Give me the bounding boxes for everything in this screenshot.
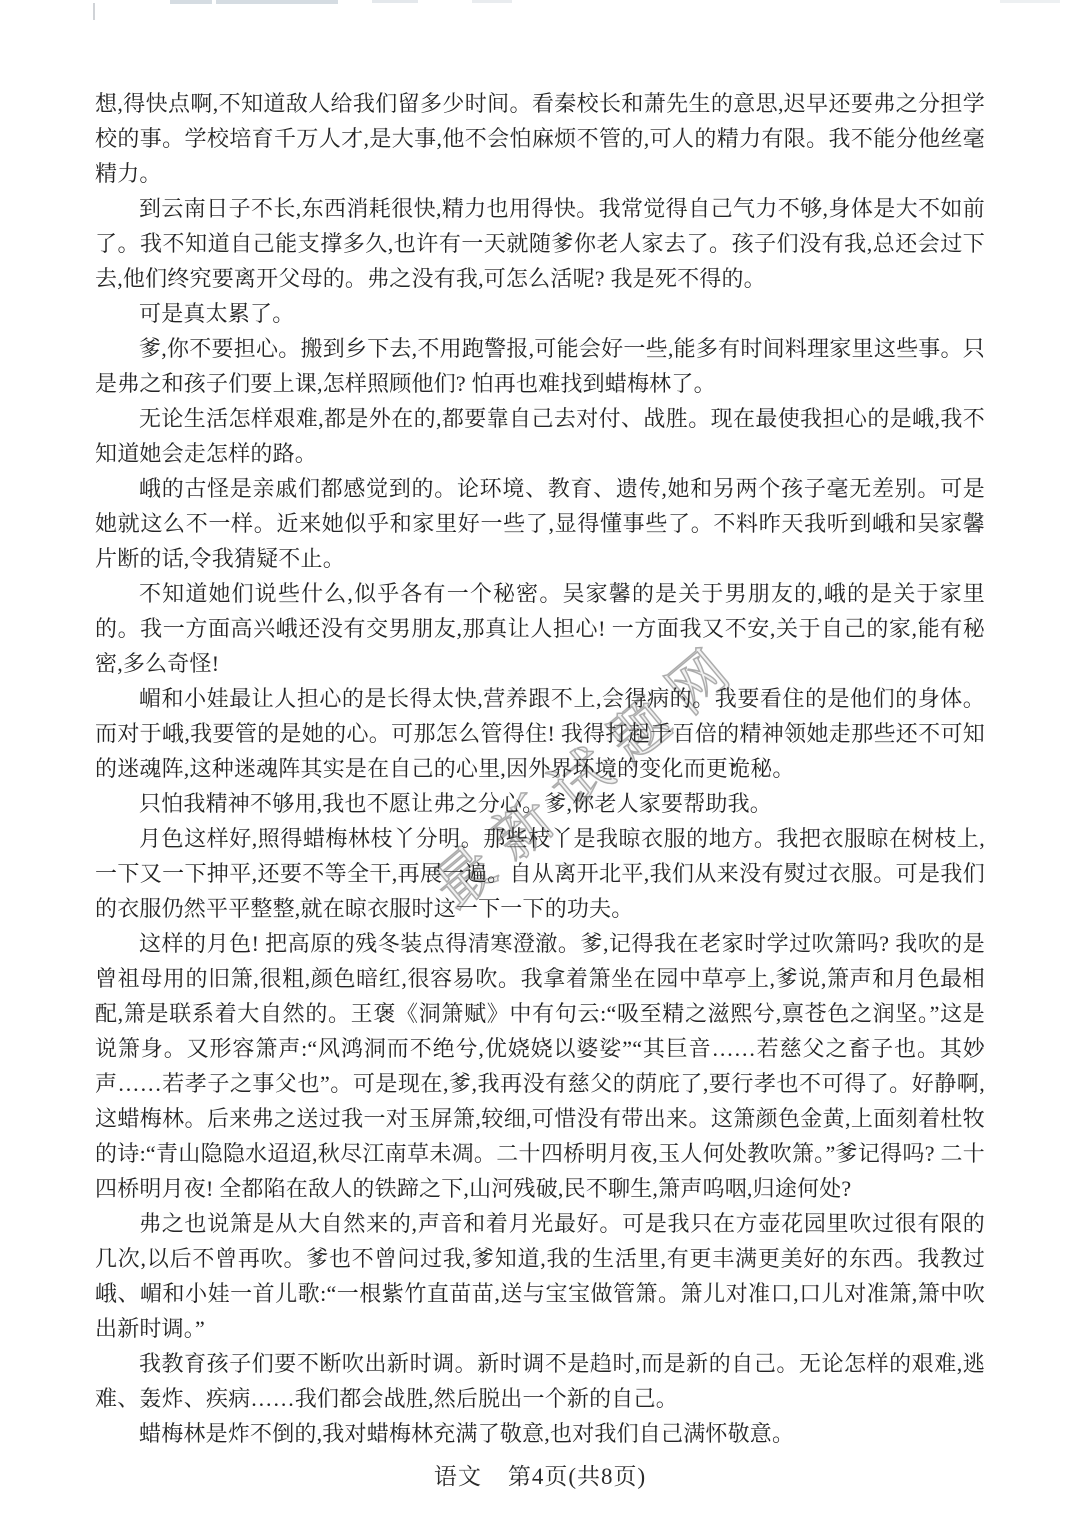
paragraph: 无论生活怎样艰难,都是外在的,都要靠自己去对付、战胜。现在最使我担心的是峨,我不… [95, 401, 985, 471]
scan-artifact [216, 0, 338, 4]
paragraph: 弗之也说箫是从大自然来的,声音和着月光最好。可是我只在方壶花园里吹过很有限的几次… [95, 1206, 985, 1346]
scan-artifact [170, 0, 212, 4]
paragraph: 不知道她们说些什么,似乎各有一个秘密。吴家馨的是关于男朋友的,峨的是关于家里的。… [95, 576, 985, 681]
paragraph: 这样的月色! 把高原的残冬装点得清寒澄澈。爹,记得我在老家时学过吹箫吗? 我吹的… [95, 926, 985, 1206]
scan-artifact [472, 0, 512, 3]
scan-artifact [372, 0, 418, 3]
reading-passage: 想,得快点啊,不知道敌人给我们留多少时间。看秦校长和萧先生的意思,迟早还要弗之分… [95, 86, 985, 1451]
paragraph: 我教育孩子们要不断吹出新时调。新时调不是趋时,而是新的自己。无论怎样的艰难,逃难… [95, 1346, 985, 1416]
paragraph: 只怕我精神不够用,我也不愿让弗之分心。爹,你老人家要帮助我。 [95, 786, 985, 821]
paragraph: 想,得快点啊,不知道敌人给我们留多少时间。看秦校长和萧先生的意思,迟早还要弗之分… [95, 86, 985, 191]
footer-subject-label: 语文 [434, 1464, 482, 1489]
scan-artifact [93, 3, 95, 20]
page-footer: 语文第4页(共8页) [0, 1458, 1080, 1491]
scan-artifact [1000, 0, 1060, 3]
paragraph: 嵋和小娃最让人担心的是长得太快,营养跟不上,会得病的。我要看住的是他们的身体。而… [95, 681, 985, 786]
paragraph: 峨的古怪是亲戚们都感觉到的。论环境、教育、遗传,她和另两个孩子毫无差别。可是她就… [95, 471, 985, 576]
paragraph: 到云南日子不长,东西消耗很快,精力也用得快。我常觉得自己气力不够,身体是大不如前… [95, 191, 985, 296]
scanned-exam-page: 最新试题网 想,得快点啊,不知道敌人给我们留多少时间。看秦校长和萧先生的意思,迟… [0, 0, 1080, 1528]
paragraph: 蜡梅林是炸不倒的,我对蜡梅林充满了敬意,也对我们自己满怀敬意。 [95, 1416, 985, 1451]
paragraph: 可是真太累了。 [95, 296, 985, 331]
footer-page-number: 第4页(共8页) [508, 1464, 646, 1489]
paragraph: 月色这样好,照得蜡梅林枝丫分明。那些枝丫是我晾衣服的地方。我把衣服晾在树枝上,一… [95, 821, 985, 926]
paragraph: 爹,你不要担心。搬到乡下去,不用跑警报,可能会好一些,能多有时间料理家里这些事。… [95, 331, 985, 401]
